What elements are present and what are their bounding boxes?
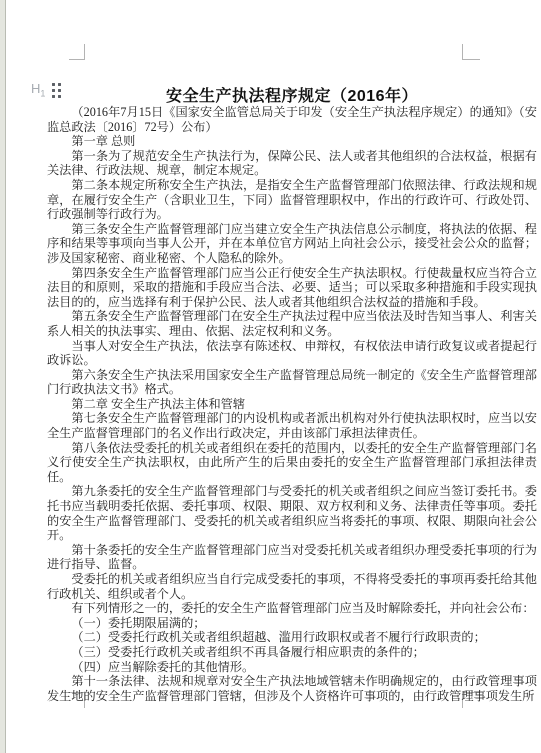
paragraph[interactable]: 第三条安全生产监督管理部门应当建立安全生产执法信息公示制度，将执法的依据、程序和… bbox=[47, 222, 537, 266]
paragraph[interactable]: 第七条安全生产监督管理部门的内设机构或者派出机构对外行使执法职权时，应当以安全生… bbox=[47, 411, 537, 440]
paragraph[interactable]: 第一条为了规范安全生产执法行为，保障公民、法人或者其他组织的合法权益，根据有关法… bbox=[47, 149, 537, 178]
paragraph[interactable]: 第九条委托的安全生产监督管理部门与受委托的机关或者组织之间应当签订委托书。委托书… bbox=[47, 484, 537, 542]
list-item[interactable]: （三）受委托行政机关或者组织不再具备履行相应职责的条件的； bbox=[47, 645, 537, 660]
list-item[interactable]: （一）委托期限届满的； bbox=[47, 616, 537, 631]
paragraph[interactable]: 第十条委托的安全生产监督管理部门应当对受委托机关或者组织办理受委托事项的行为进行… bbox=[47, 543, 537, 572]
chapter-heading[interactable]: 第一章 总则 bbox=[47, 134, 537, 149]
paragraph[interactable]: 第十一条法律、法规和规章对安全生产执法地域管辖未作明确规定的，由行政管理事项发生… bbox=[47, 674, 537, 703]
drag-dot bbox=[58, 83, 61, 86]
chapter-heading[interactable]: 第二章 安全生产执法主体和管辖 bbox=[47, 397, 537, 412]
list-item[interactable]: （二）受委托行政机关或者组织超越、滥用行政职权或者不履行行政职责的； bbox=[47, 630, 537, 645]
paragraph[interactable]: 第二条本规定所称安全生产执法，是指安全生产监督管理部门依照法律、行政法规和规章，… bbox=[47, 178, 537, 222]
heading-level-badge: H1 bbox=[31, 81, 45, 102]
paragraph[interactable]: 有下列情形之一的，委托的安全生产监督管理部门应当及时解除委托，并向社会公布： bbox=[47, 601, 537, 616]
document-title[interactable]: 安全生产执法程序规定（2016年） bbox=[47, 87, 537, 107]
canvas-edge-strip bbox=[0, 0, 6, 753]
heading-level-label: H bbox=[31, 81, 40, 96]
crop-mark-top-left bbox=[69, 44, 85, 60]
paragraph-notice[interactable]: （2016年7月15日《国家安全监管总局关于印发（安全生产执法程序规定）的通知》… bbox=[47, 105, 537, 134]
crop-mark-top-right bbox=[462, 44, 480, 60]
drag-dot bbox=[52, 83, 55, 86]
document-body[interactable]: （2016年7月15日《国家安全监管总局关于印发（安全生产执法程序规定）的通知》… bbox=[47, 105, 537, 703]
paragraph[interactable]: 第五条安全生产监督管理部门在安全生产执法过程中应当依法及时告知当事人、利害关系人… bbox=[47, 309, 537, 338]
page: { "editor": { "heading_badge": "H1", "dr… bbox=[0, 0, 541, 753]
paragraph[interactable]: 第八条依法受委托的机关或者组织在委托的范围内，以委托的安全生产监督管理部门名义行… bbox=[47, 441, 537, 485]
paragraph[interactable]: 受委托的机关或者组织应当自行完成受委托的事项，不得将受委托的事项再委托给其他行政… bbox=[47, 572, 537, 601]
paragraph[interactable]: 第六条安全生产执法采用国家安全生产监督管理总局统一制定的《安全生产监督管理部门行… bbox=[47, 368, 537, 397]
paragraph[interactable]: 当事人对安全生产执法，依法享有陈述权、申辩权，有权依法申请行政复议或者提起行政诉… bbox=[47, 339, 537, 368]
heading-level-number: 1 bbox=[40, 89, 45, 99]
paragraph[interactable]: 第四条安全生产监督管理部门应当公正行使安全生产执法职权。行使裁量权应当符合立法目… bbox=[47, 266, 537, 310]
list-item[interactable]: （四）应当解除委托的其他情形。 bbox=[47, 660, 537, 675]
